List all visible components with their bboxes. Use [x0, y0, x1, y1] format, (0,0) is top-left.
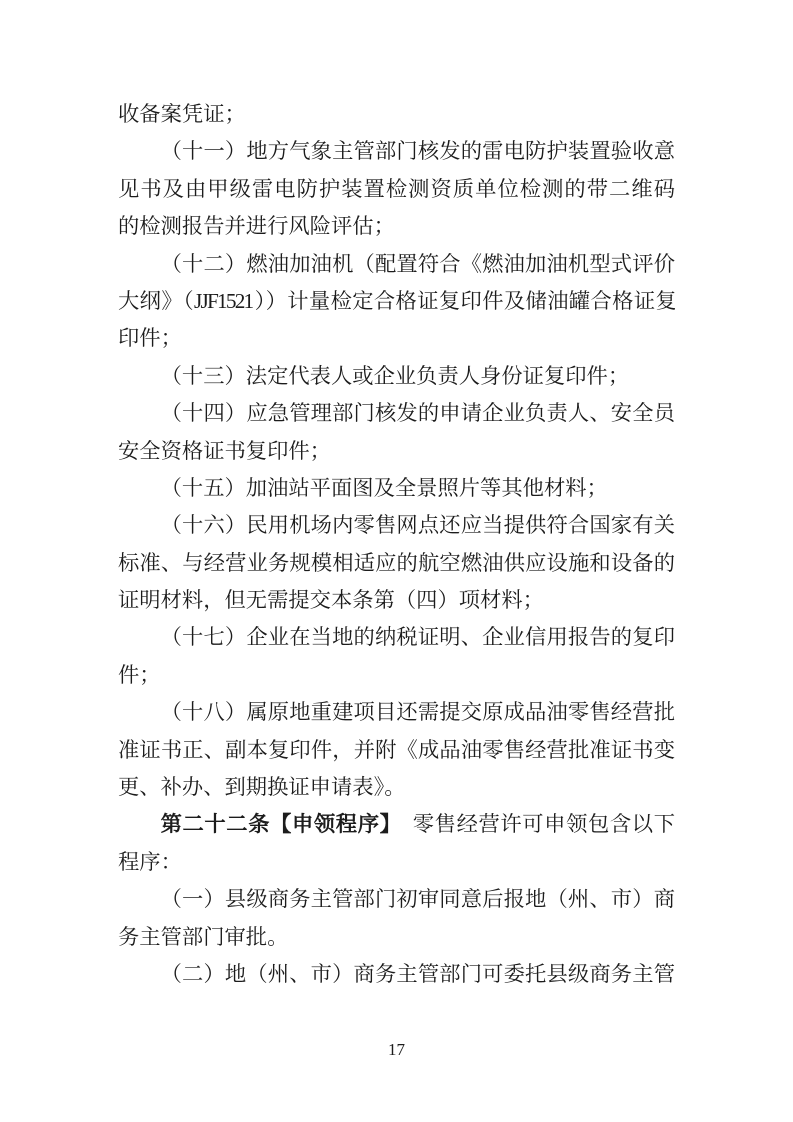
- body-text: 收备案凭证；: [118, 102, 246, 126]
- item-11: （十一）地方气象主管部门核发的雷电防护装置验收意见书及由甲级雷电防护装置检测资质…: [118, 133, 675, 245]
- text-line: （十八）属原地重建项目还需提交原成品油零售经营批: [118, 694, 675, 731]
- page-number: 17: [0, 1038, 793, 1062]
- text-line: （一）县级商务主管部门初审同意后报地（州、市）商: [118, 881, 675, 918]
- text-line: （十一）地方气象主管部门核发的雷电防护装置验收意: [118, 133, 675, 170]
- item-14: （十四）应急管理部门核发的申请企业负责人、安全员安全资格证书复印件；: [118, 395, 675, 470]
- text-line: 证明材料，但无需提交本条第（四）项材料；: [118, 582, 675, 619]
- body-text: 安全资格证书复印件；: [118, 439, 331, 463]
- procedure-item-1: （一）县级商务主管部门初审同意后报地（州、市）商务主管部门审批。: [118, 881, 675, 956]
- document-page: 收备案凭证；（十一）地方气象主管部门核发的雷电防护装置验收意见书及由甲级雷电防护…: [0, 0, 793, 1122]
- body-text: 标准、与经营业务规模相适应的航空燃油供应设施和设备的: [118, 551, 675, 575]
- body-text: （十三）法定代表人或企业负责人身份证复印件；: [161, 364, 630, 388]
- item-12: （十二）燃油加油机（配置符合《燃油加油机型式评价大纲》（JJF1521））计量检…: [118, 246, 675, 358]
- body-text: （十八）属原地重建项目还需提交原成品油零售经营批: [161, 700, 675, 724]
- text-line: 印件；: [118, 320, 675, 357]
- body-text: 的检测报告并进行风险评估；: [118, 214, 395, 238]
- document-body: 收备案凭证；（十一）地方气象主管部门核发的雷电防护装置验收意见书及由甲级雷电防护…: [118, 96, 675, 993]
- text-line: 件；: [118, 657, 675, 694]
- body-text: （十四）应急管理部门核发的申请企业负责人、安全员: [161, 401, 675, 425]
- text-line: （二）地（州、市）商务主管部门可委托县级商务主管: [118, 956, 675, 993]
- text-line: 更、补办、到期换证申请表》。: [118, 769, 675, 806]
- text-line: 大纲》（JJF1521））计量检定合格证复印件及储油罐合格证复: [118, 283, 675, 320]
- text-line: 安全资格证书复印件；: [118, 433, 675, 470]
- body-text: （二）地（州、市）商务主管部门可委托县级商务主管: [161, 962, 675, 986]
- article-22-heading: 第二十二条【申领程序】 零售经营许可申领包含以下程序：: [118, 806, 675, 881]
- body-text: （十一）地方气象主管部门核发的雷电防护装置验收意: [161, 139, 675, 163]
- body-text: 务主管部门审批。: [118, 925, 288, 949]
- body-text: 大纲》（JJF1521））计量检定合格证复印件及储油罐合格证复: [118, 289, 675, 313]
- body-text: （十六）民用机场内零售网点还应当提供符合国家有关: [161, 513, 675, 537]
- text-line: 准证书正、副本复印件，并附《成品油零售经营批准证书变: [118, 732, 675, 769]
- procedure-item-2: （二）地（州、市）商务主管部门可委托县级商务主管: [118, 956, 675, 993]
- text-line: （十二）燃油加油机（配置符合《燃油加油机型式评价: [118, 246, 675, 283]
- text-line: 的检测报告并进行风险评估；: [118, 208, 675, 245]
- body-text: 印件；: [118, 326, 182, 350]
- item-13: （十三）法定代表人或企业负责人身份证复印件；: [118, 358, 675, 395]
- item-18: （十八）属原地重建项目还需提交原成品油零售经营批准证书正、副本复印件，并附《成品…: [118, 694, 675, 806]
- body-text: 证明材料，但无需提交本条第（四）项材料；: [118, 588, 544, 612]
- text-line: 收备案凭证；: [118, 96, 675, 133]
- article-heading-bold-text: 第二十二条【申领程序】: [161, 812, 391, 836]
- item-17: （十七）企业在当地的纳税证明、企业信用报告的复印件；: [118, 619, 675, 694]
- body-text: （十七）企业在当地的纳税证明、企业信用报告的复印: [161, 625, 675, 649]
- body-text: 准证书正、副本复印件，并附《成品油零售经营批准证书变: [118, 738, 675, 762]
- text-line: 程序：: [118, 844, 675, 881]
- text-line: （十四）应急管理部门核发的申请企业负责人、安全员: [118, 395, 675, 432]
- item-15: （十五）加油站平面图及全景照片等其他材料；: [118, 470, 675, 507]
- text-line: 标准、与经营业务规模相适应的航空燃油供应设施和设备的: [118, 545, 675, 582]
- text-line: （十五）加油站平面图及全景照片等其他材料；: [118, 470, 675, 507]
- text-line: （十六）民用机场内零售网点还应当提供符合国家有关: [118, 507, 675, 544]
- body-text: （一）县级商务主管部门初审同意后报地（州、市）商: [161, 887, 675, 911]
- para-continuation: 收备案凭证；: [118, 96, 675, 133]
- body-text: 件；: [118, 663, 161, 687]
- body-text: （十二）燃油加油机（配置符合《燃油加油机型式评价: [161, 252, 675, 276]
- body-text: （十五）加油站平面图及全景照片等其他材料；: [161, 476, 608, 500]
- text-line: 务主管部门审批。: [118, 919, 675, 956]
- item-16: （十六）民用机场内零售网点还应当提供符合国家有关标准、与经营业务规模相适应的航空…: [118, 507, 675, 619]
- body-text: 更、补办、到期换证申请表》。: [118, 775, 406, 799]
- body-text: 零售经营许可申领包含以下: [391, 812, 675, 836]
- text-line: 第二十二条【申领程序】 零售经营许可申领包含以下: [118, 806, 675, 843]
- text-line: （十三）法定代表人或企业负责人身份证复印件；: [118, 358, 675, 395]
- text-line: （十七）企业在当地的纳税证明、企业信用报告的复印: [118, 619, 675, 656]
- body-text: 见书及由甲级雷电防护装置检测资质单位检测的带二维码: [118, 177, 675, 201]
- text-line: 见书及由甲级雷电防护装置检测资质单位检测的带二维码: [118, 171, 675, 208]
- body-text: 程序：: [118, 850, 182, 874]
